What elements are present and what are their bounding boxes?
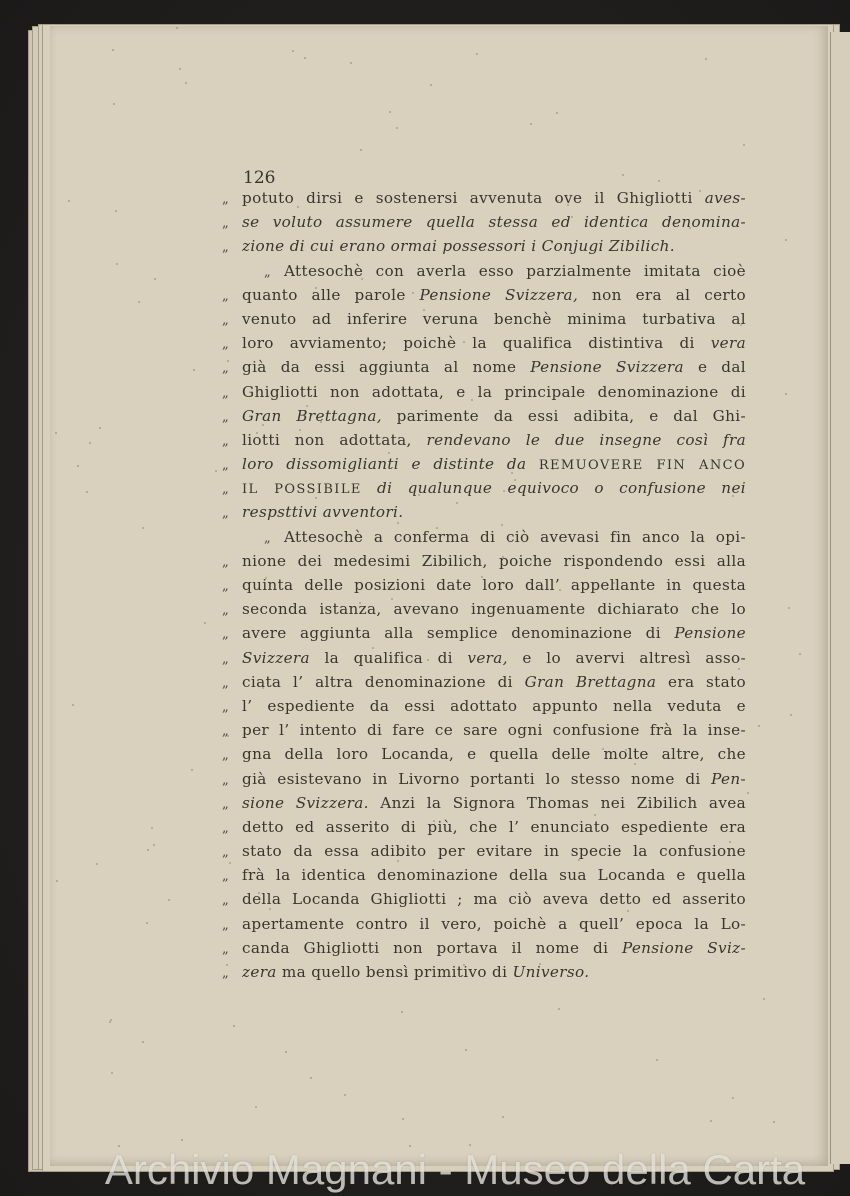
line-content: potuto dirsi e sostenersi avvenuta ove i… bbox=[242, 186, 746, 210]
roman-text: della Locanda Ghigliotti ; ma ciò aveva … bbox=[242, 890, 746, 908]
line-content: avere aggiunta alla semplice denominazio… bbox=[242, 621, 746, 645]
text-line: „respsttivi avventori. bbox=[222, 500, 746, 524]
quote-mark: „ bbox=[222, 672, 229, 696]
roman-text: non era al certo bbox=[578, 286, 746, 304]
italic-text: respsttivi avventori. bbox=[242, 503, 403, 521]
italic-text: Svizzera bbox=[242, 649, 310, 667]
quote-mark: „ bbox=[222, 623, 229, 647]
text-line: „loro avviamento; poichè la qualifica di… bbox=[222, 331, 746, 355]
paper-speck bbox=[68, 200, 70, 202]
roman-text: frà la identica denominazione della sua … bbox=[242, 866, 746, 884]
line-content: sione Svizzera. Anzi la Signora Thomas n… bbox=[242, 791, 746, 815]
line-content: zione di cui erano ormai possessori i Co… bbox=[242, 234, 746, 258]
line-content: respsttivi avventori. bbox=[242, 500, 746, 524]
quote-mark: „ bbox=[222, 285, 229, 309]
archive-watermark: Archivio Magnani - Museo della Carta bbox=[0, 1146, 850, 1194]
roman-text: quinta delle posizioni date loro dall’ a… bbox=[242, 576, 746, 594]
paper-speck bbox=[193, 369, 195, 371]
line-content: nione dei medesimi Zibilich, poiche risp… bbox=[242, 549, 746, 573]
quote-mark: „ bbox=[222, 865, 229, 889]
paper-speck bbox=[502, 1116, 504, 1118]
quote-mark: „ bbox=[222, 382, 229, 406]
roman-text: già esistevano in Livorno portanti lo st… bbox=[242, 770, 711, 788]
paper-speck bbox=[530, 123, 532, 125]
quote-mark: „ bbox=[222, 817, 229, 841]
paper-speck bbox=[360, 149, 362, 151]
quote-mark: „ bbox=[222, 454, 229, 478]
paper-speck bbox=[350, 62, 352, 64]
text-line: „Ghigliotti non adottata, e la principal… bbox=[222, 380, 746, 404]
text-line: „seconda istanza, avevano ingenuamente d… bbox=[222, 597, 746, 621]
roman-text: seconda istanza, avevano ingenuamente di… bbox=[242, 600, 746, 618]
line-content: canda Ghigliotti non portava il nome di … bbox=[242, 936, 746, 960]
line-content: ciata l’ altra denominazione di Gran Bre… bbox=[242, 670, 746, 694]
text-line: „avere aggiunta alla semplice denominazi… bbox=[222, 621, 746, 645]
quote-mark: „ bbox=[222, 406, 229, 430]
line-content: quinta delle posizioni date loro dall’ a… bbox=[242, 573, 746, 597]
paper-speck bbox=[113, 103, 115, 105]
paper-speck bbox=[215, 470, 217, 472]
line-content: IL POSSIBILE di qualunque equivoco o con… bbox=[242, 476, 746, 500]
line-content: già esistevano in Livorno portanti lo st… bbox=[242, 767, 746, 791]
quote-mark: „ bbox=[222, 551, 229, 575]
paper-speck bbox=[181, 1139, 183, 1141]
paper-speck bbox=[785, 239, 787, 241]
quote-mark: „ bbox=[264, 527, 271, 551]
paper-speck bbox=[191, 769, 193, 771]
roman-text: venuto ad inferire veruna benchè minima … bbox=[242, 310, 746, 328]
paper-speck bbox=[705, 58, 707, 60]
quote-mark: „ bbox=[222, 889, 229, 913]
roman-text: apertamente contro il vero, poichè a que… bbox=[242, 915, 746, 933]
roman-text: gna della loro Locanda, e quella delle m… bbox=[242, 745, 746, 763]
paper-speck bbox=[204, 622, 206, 624]
italic-text: zera bbox=[242, 963, 277, 981]
paper-speck bbox=[402, 1118, 404, 1120]
italic-text: Pensione bbox=[674, 624, 746, 642]
text-line: „ciata l’ altra denominazione di Gran Br… bbox=[222, 670, 746, 694]
text-line: „per l’ intento di fare ce sare ogni con… bbox=[222, 718, 746, 742]
paper-speck bbox=[758, 725, 760, 727]
quote-mark: „ bbox=[222, 236, 229, 260]
text-line: „Attesochè a conferma di ciò avevasi fin… bbox=[222, 525, 746, 549]
paper-speck bbox=[96, 863, 98, 865]
paper-speck bbox=[116, 263, 118, 265]
paper-speck bbox=[111, 1072, 113, 1074]
text-line: „già esistevano in Livorno portanti lo s… bbox=[222, 767, 746, 791]
roman-text: ciata l’ altra denominazione di bbox=[242, 673, 525, 691]
paper-speck bbox=[151, 827, 153, 829]
text-line: „detto ed asserito di più, che l’ enunci… bbox=[222, 815, 746, 839]
line-content: frà la identica denominazione della sua … bbox=[242, 863, 746, 887]
paper-speck bbox=[285, 1051, 287, 1053]
line-content: loro dissomiglianti e distinte da REMUOV… bbox=[242, 452, 746, 476]
text-line: „quinta delle posizioni date loro dall’ … bbox=[222, 573, 746, 597]
quote-mark: „ bbox=[222, 793, 229, 817]
paper-speck bbox=[147, 849, 149, 851]
paper-speck bbox=[168, 899, 170, 901]
italic-text: Pensione Svizzera bbox=[530, 358, 684, 376]
line-content: detto ed asserito di più, che l’ enuncia… bbox=[242, 815, 746, 839]
quote-mark: „ bbox=[222, 914, 229, 938]
small-caps-text: REMUOVERE FIN ANCO bbox=[539, 458, 746, 473]
roman-text: era stato bbox=[656, 673, 746, 691]
quote-mark: „ bbox=[222, 841, 229, 865]
roman-text: Attesochè con averla esso parzialmente i… bbox=[284, 262, 746, 280]
italic-text: rendevano le due insegne così fra bbox=[426, 431, 746, 449]
roman-text: parimente da essi adibita, e dal Ghi- bbox=[382, 407, 746, 425]
paper-speck bbox=[304, 57, 306, 59]
line-content: Gran Brettagna, parimente da essi adibit… bbox=[242, 404, 746, 428]
line-content: apertamente contro il vero, poichè a que… bbox=[242, 912, 746, 936]
roman-text: l’ espediente da essi adottato appunto n… bbox=[242, 697, 746, 715]
paper-speck bbox=[99, 427, 101, 429]
paper-speck bbox=[154, 278, 156, 280]
line-content: quanto alle parole Pensione Svizzera, no… bbox=[242, 283, 746, 307]
roman-text: stato da essa adibito per evitare in spe… bbox=[242, 842, 746, 860]
paper-speck bbox=[476, 53, 478, 55]
paper-speck bbox=[790, 714, 792, 716]
line-content: Svizzera la qualifica di vera, e lo aver… bbox=[242, 646, 746, 670]
quote-mark: „ bbox=[222, 333, 229, 357]
roman-text: e lo avervi altresì asso- bbox=[508, 649, 746, 667]
text-line: „se voluto assumere quella stessa ed ide… bbox=[222, 210, 746, 234]
italic-text: Gran Brettagna, bbox=[242, 407, 382, 425]
roman-text: nione dei medesimi Zibilich, poiche risp… bbox=[242, 552, 746, 570]
text-line: „già da essi aggiunta al nome Pensione S… bbox=[222, 355, 746, 379]
line-content: zera ma quello bensì primitivo di Univer… bbox=[242, 960, 746, 984]
quote-mark: „ bbox=[222, 962, 229, 986]
text-line: „nione dei medesimi Zibilich, poiche ris… bbox=[222, 549, 746, 573]
paper-speck bbox=[109, 1021, 111, 1023]
text-line: „della Locanda Ghigliotti ; ma ciò aveva… bbox=[222, 887, 746, 911]
roman-text: la qualifica di bbox=[310, 649, 467, 667]
paper-speck bbox=[142, 527, 144, 529]
roman-text: ma quello bensì primitivo di bbox=[277, 963, 513, 981]
quote-mark: „ bbox=[222, 744, 229, 768]
italic-text: zione di cui erano ormai possessori i Co… bbox=[242, 237, 675, 255]
quote-mark: „ bbox=[222, 478, 229, 502]
line-content: venuto ad inferire veruna benchè minima … bbox=[242, 307, 746, 331]
paper-speck bbox=[142, 1041, 144, 1043]
line-content: loro avviamento; poichè la qualifica dis… bbox=[242, 331, 746, 355]
small-caps-text: IL POSSIBILE bbox=[242, 482, 362, 497]
line-content: per l’ intento di fare ce sare ogni conf… bbox=[242, 718, 746, 742]
text-line: „Svizzera la qualifica di vera, e lo ave… bbox=[222, 646, 746, 670]
text-line: „liotti non adottata, rendevano le due i… bbox=[222, 428, 746, 452]
paper-speck bbox=[86, 491, 88, 493]
paper-speck bbox=[292, 50, 294, 52]
paper-speck bbox=[112, 49, 114, 51]
quote-mark: „ bbox=[222, 575, 229, 599]
quote-mark: „ bbox=[222, 212, 229, 236]
facing-page-edge bbox=[830, 32, 850, 1164]
paper-speck bbox=[785, 393, 787, 395]
paper-speck bbox=[176, 27, 178, 29]
text-line: „venuto ad inferire veruna benchè minima… bbox=[222, 307, 746, 331]
roman-text: detto ed asserito di più, che l’ enuncia… bbox=[242, 818, 746, 836]
text-line: „loro dissomiglianti e distinte da REMUO… bbox=[222, 452, 746, 476]
text-line: „apertamente contro il vero, poichè a qu… bbox=[222, 912, 746, 936]
line-content: stato da essa adibito per evitare in spe… bbox=[242, 839, 746, 863]
line-content: Attesochè con averla esso parzialmente i… bbox=[284, 259, 746, 283]
italic-text: aves- bbox=[705, 189, 746, 207]
paper-speck bbox=[396, 127, 398, 129]
italic-text: Pensione Svizzera, bbox=[420, 286, 579, 304]
paper-speck bbox=[185, 82, 187, 84]
paper-speck bbox=[55, 432, 57, 434]
paper-speck bbox=[389, 111, 391, 113]
paper-speck bbox=[56, 880, 58, 882]
paper-speck bbox=[556, 112, 558, 114]
quote-mark: „ bbox=[222, 357, 229, 381]
quote-mark: „ bbox=[222, 648, 229, 672]
paper-speck bbox=[465, 1049, 467, 1051]
paper-speck bbox=[255, 1106, 257, 1108]
paper-speck bbox=[788, 607, 790, 609]
text-line: „potuto dirsi e sostenersi avvenuta ove … bbox=[222, 186, 746, 210]
paper-speck bbox=[773, 1121, 775, 1123]
roman-text: già da essi aggiunta al nome bbox=[242, 358, 530, 376]
paper-speck bbox=[344, 1094, 346, 1096]
paper-speck bbox=[763, 998, 765, 1000]
paper-speck bbox=[743, 144, 745, 146]
paper-speck bbox=[799, 653, 801, 655]
paper-speck bbox=[710, 1120, 712, 1122]
paper-speck bbox=[310, 1077, 312, 1079]
quote-mark: „ bbox=[264, 261, 271, 285]
paper-speck bbox=[115, 210, 117, 212]
roman-text: avere aggiunta alla semplice denominazio… bbox=[242, 624, 674, 642]
paper-speck bbox=[146, 922, 148, 924]
italic-text: sione Svizzera. bbox=[242, 794, 369, 812]
paper-speck bbox=[72, 704, 74, 706]
line-content: l’ espediente da essi adottato appunto n… bbox=[242, 694, 746, 718]
paper-speck bbox=[179, 68, 181, 70]
text-line: „IL POSSIBILE di qualunque equivoco o co… bbox=[222, 476, 746, 500]
text-line: „l’ espediente da essi adottato appunto … bbox=[222, 694, 746, 718]
italic-text: vera bbox=[711, 334, 746, 352]
quote-mark: „ bbox=[222, 696, 229, 720]
quote-mark: „ bbox=[222, 502, 229, 526]
roman-text: Ghigliotti non adottata, e la principale… bbox=[242, 383, 746, 401]
line-content: gna della loro Locanda, e quella delle m… bbox=[242, 742, 746, 766]
roman-text: e dal bbox=[684, 358, 746, 376]
italic-text: Universo. bbox=[513, 963, 590, 981]
italic-text: di qualunque equivoco o confusione nei bbox=[362, 479, 746, 497]
paper-speck bbox=[153, 844, 155, 846]
text-line: „zione di cui erano ormai possessori i C… bbox=[222, 234, 746, 258]
roman-text: Anzi la Signora Thomas nei Zibilich avea bbox=[369, 794, 746, 812]
italic-text: Pen- bbox=[711, 770, 746, 788]
line-content: della Locanda Ghigliotti ; ma ciò aveva … bbox=[242, 887, 746, 911]
text-line: „canda Ghigliotti non portava il nome di… bbox=[222, 936, 746, 960]
roman-text: loro avviamento; poichè la qualifica dis… bbox=[242, 334, 711, 352]
line-content: già da essi aggiunta al nome Pensione Sv… bbox=[242, 355, 746, 379]
text-line: „Attesochè con averla esso parzialmente … bbox=[222, 259, 746, 283]
paper-speck bbox=[401, 1011, 403, 1013]
quote-mark: „ bbox=[222, 430, 229, 454]
line-content: Attesochè a conferma di ciò avevasi fin … bbox=[284, 525, 746, 549]
italic-text: se voluto assumere quella stessa ed iden… bbox=[242, 213, 746, 231]
paper-speck bbox=[77, 465, 79, 467]
roman-text: per l’ intento di fare ce sare ogni conf… bbox=[242, 721, 746, 739]
line-content: liotti non adottata, rendevano le due in… bbox=[242, 428, 746, 452]
paper-speck bbox=[138, 301, 140, 303]
paper-speck bbox=[233, 1025, 235, 1027]
quote-mark: „ bbox=[222, 188, 229, 212]
quote-mark: „ bbox=[222, 599, 229, 623]
roman-text: Attesochè a conferma di ciò avevasi fin … bbox=[284, 528, 746, 546]
roman-text: canda Ghigliotti non portava il nome di bbox=[242, 939, 622, 957]
roman-text: potuto dirsi e sostenersi avvenuta ove i… bbox=[242, 189, 705, 207]
quote-mark: „ bbox=[222, 720, 229, 744]
text-line: „stato da essa adibito per evitare in sp… bbox=[222, 839, 746, 863]
italic-text: loro dissomiglianti e distinte da bbox=[242, 455, 539, 473]
paper-speck bbox=[732, 1097, 734, 1099]
roman-text: quanto alle parole bbox=[242, 286, 420, 304]
text-line: „Gran Brettagna, parimente da essi adibi… bbox=[222, 404, 746, 428]
paper-speck bbox=[89, 442, 91, 444]
italic-text: vera, bbox=[467, 649, 507, 667]
line-content: seconda istanza, avevano ingenuamente di… bbox=[242, 597, 746, 621]
text-line: „gna della loro Locanda, e quella delle … bbox=[222, 742, 746, 766]
italic-text: Pensione Sviz- bbox=[622, 939, 746, 957]
text-line: „quanto alle parole Pensione Svizzera, n… bbox=[222, 283, 746, 307]
line-content: se voluto assumere quella stessa ed iden… bbox=[242, 210, 746, 234]
paper-speck bbox=[430, 84, 432, 86]
paper-speck bbox=[747, 792, 749, 794]
quote-mark: „ bbox=[222, 769, 229, 793]
quote-mark: „ bbox=[222, 938, 229, 962]
paper-speck bbox=[656, 1059, 658, 1061]
roman-text: liotti non adottata, bbox=[242, 431, 426, 449]
text-line: „zera ma quello bensì primitivo di Unive… bbox=[222, 960, 746, 984]
text-line: „frà la identica denominazione della sua… bbox=[222, 863, 746, 887]
paper-speck bbox=[558, 1008, 560, 1010]
line-content: Ghigliotti non adottata, e la principale… bbox=[242, 380, 746, 404]
page-body-text: „potuto dirsi e sostenersi avvenuta ove … bbox=[222, 166, 746, 984]
text-line: „sione Svizzera. Anzi la Signora Thomas … bbox=[222, 791, 746, 815]
italic-text: Gran Brettagna bbox=[525, 673, 657, 691]
quote-mark: „ bbox=[222, 309, 229, 333]
